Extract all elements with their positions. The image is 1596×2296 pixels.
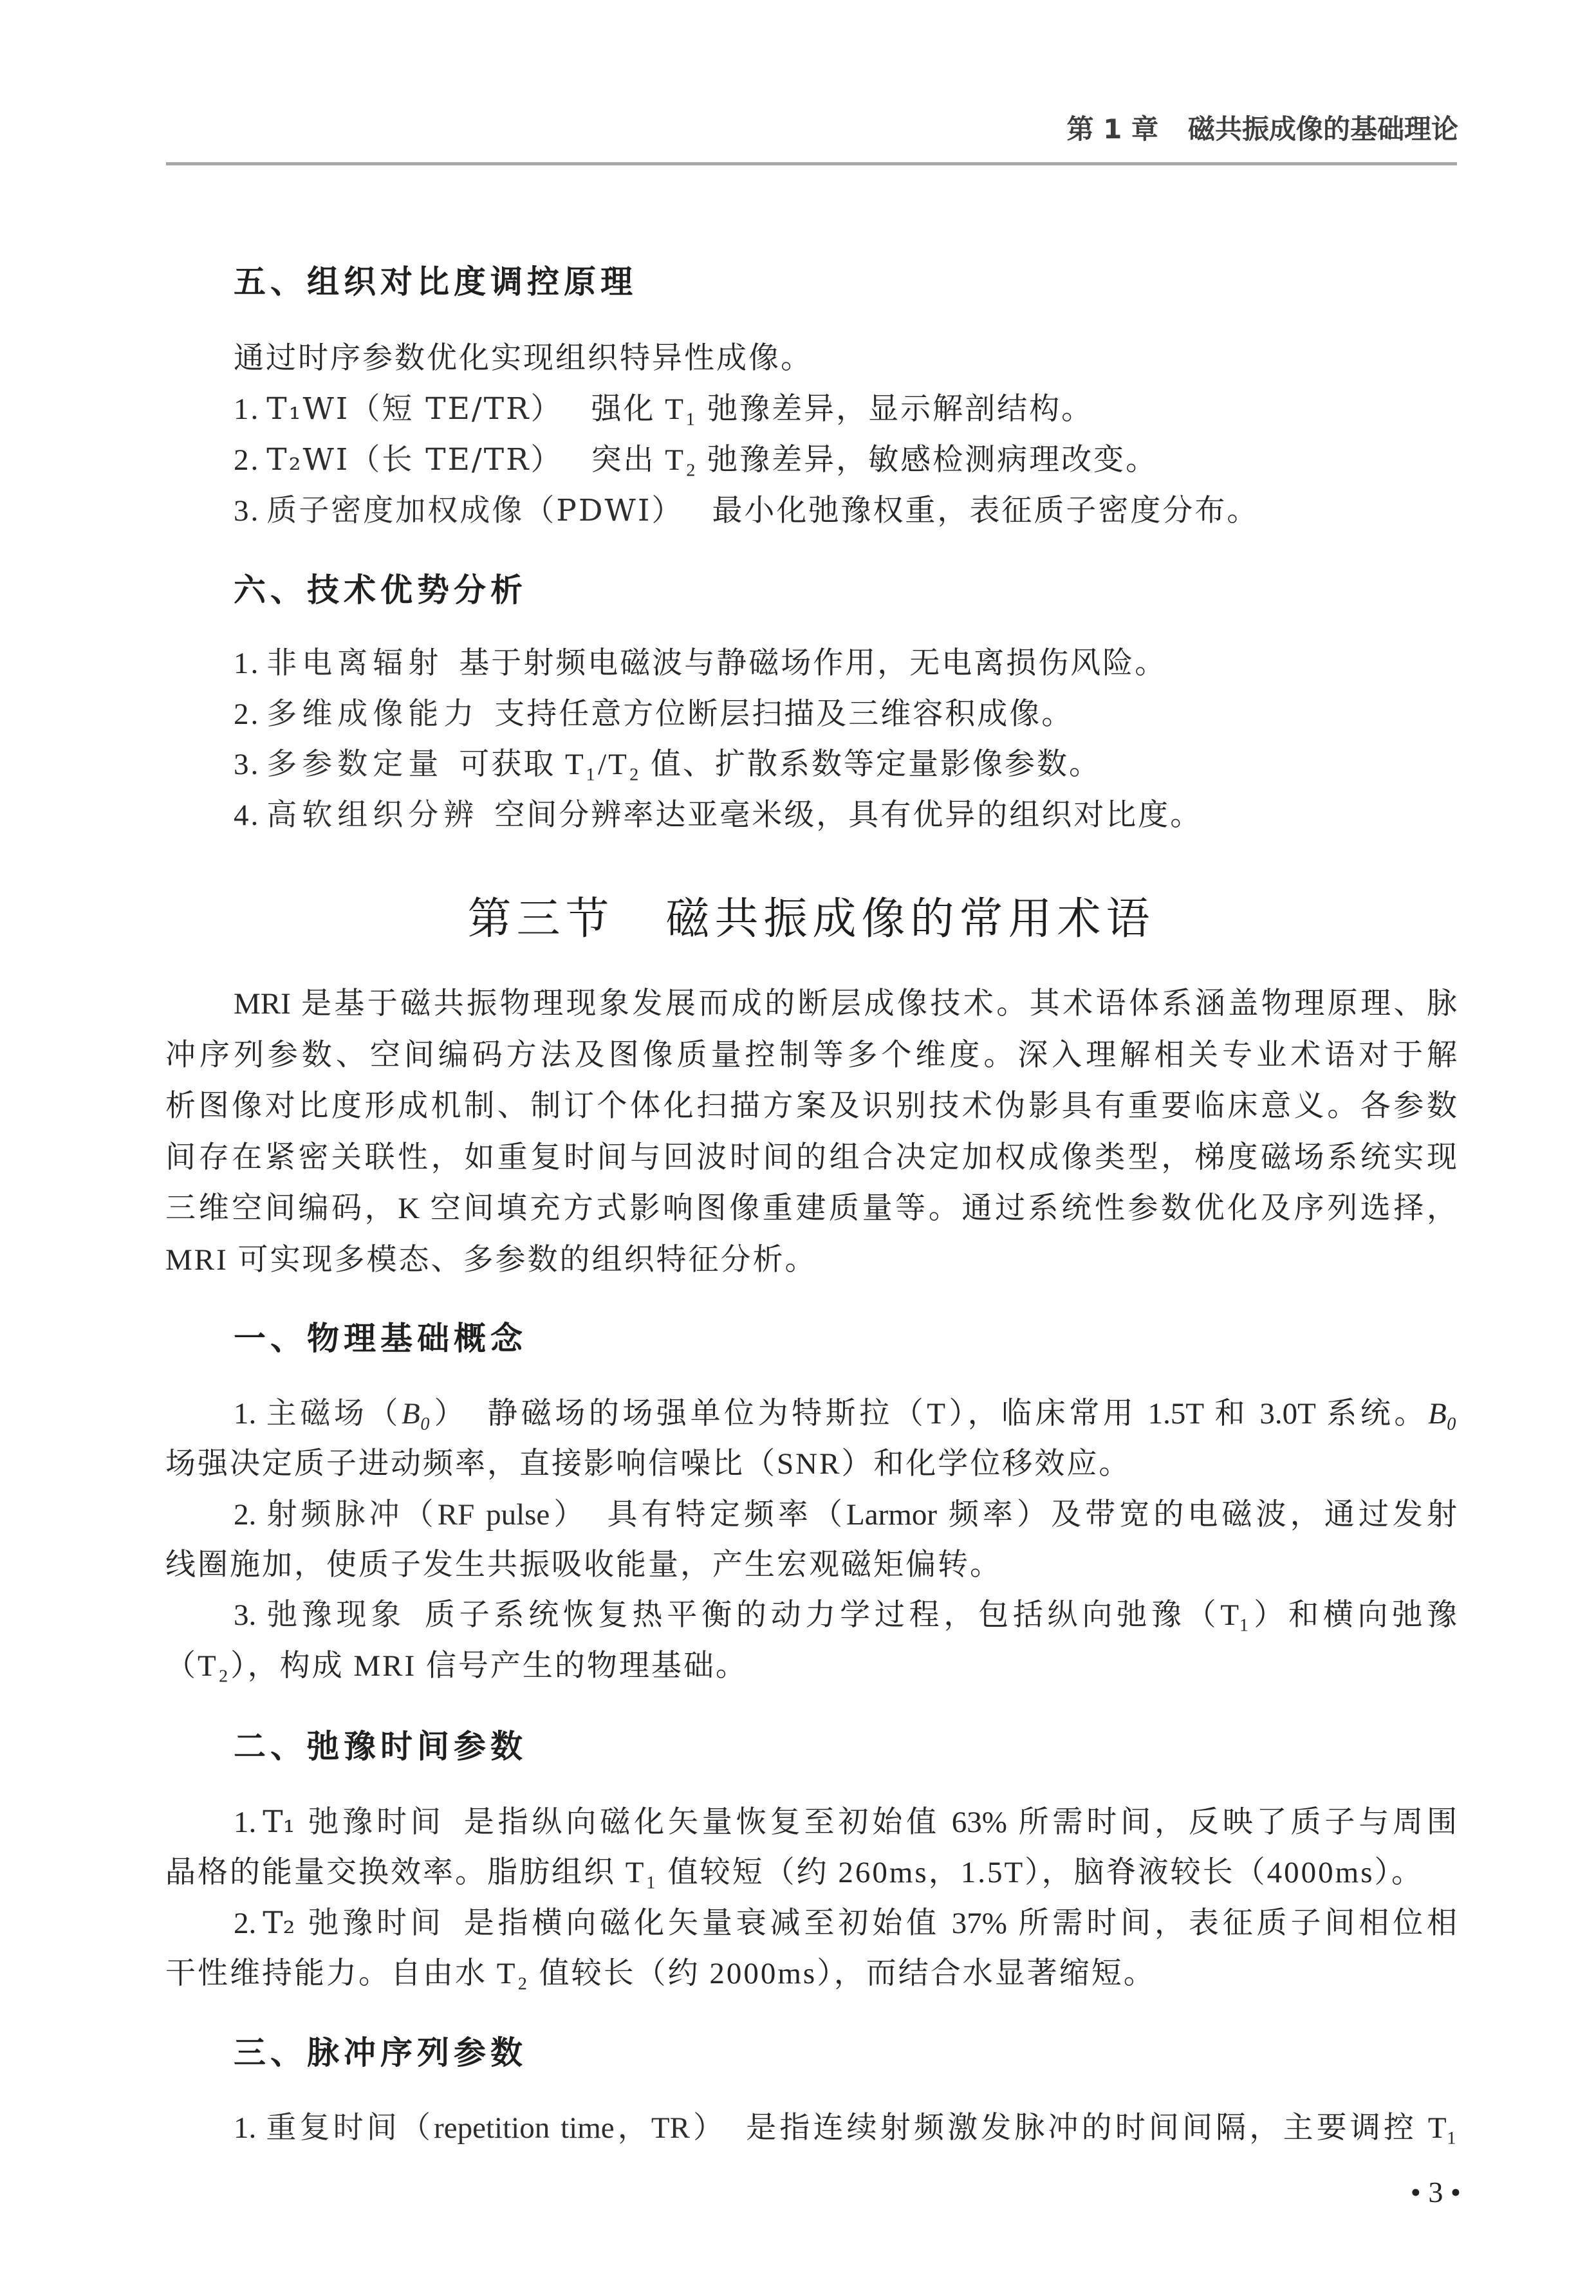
item-desc: 质子系统恢复热平衡的动力学过程，包括纵向弛豫（T₁）和横向弛豫	[425, 1598, 1457, 1632]
item-term: 多维成像能力	[266, 696, 479, 732]
item-term: T₂WI（长 TE/TR）	[266, 442, 562, 477]
term-text: 主磁场（	[263, 1396, 402, 1431]
item-desc: 最小化弛豫权重，表征质子密度分布。	[712, 494, 1259, 528]
item-term: T₁WI（短 TE/TR）	[266, 391, 562, 427]
item-number: 3.	[234, 748, 260, 781]
paragraph-line: MRI 是基于磁共振物理现象发展而成的断层成像技术。其术语体系涵盖物理原理、脉	[234, 983, 1457, 1024]
list-item: 1.非电离辐射基于射频电磁波与静磁场作用，无电离损伤风险。	[234, 643, 1457, 684]
paragraph-line: 晶格的能量交换效率。脂肪组织 T₁ 值较短（约 260ms，1.5T），脑脊液较…	[165, 1852, 1457, 1893]
item-desc: 是指连续射频激发脉冲的时间间隔，主要调控 T₁	[746, 2111, 1457, 2145]
list-item: 2.多维成像能力支持任意方位断层扫描及三维容积成像。	[234, 694, 1457, 735]
running-head: 第 1 章磁共振成像的基础理论	[1067, 111, 1458, 147]
item-term: 非电离辐射	[266, 645, 443, 681]
list-item: 3.弛豫现象质子系统恢复热平衡的动力学过程，包括纵向弛豫（T₁）和横向弛豫	[234, 1595, 1457, 1636]
section-title-text: 磁共振成像的常用术语	[666, 894, 1155, 945]
list-item: 3.质子密度加权成像（PDWI）最小化弛豫权重，表征质子密度分布。	[234, 490, 1457, 532]
list-item: 1.重复时间（repetition time，TR）是指连续射频激发脉冲的时间间…	[234, 2107, 1457, 2149]
item-number: 3.	[234, 494, 260, 528]
list-item: 1.T₁WI（短 TE/TR）强化 T₁ 弛豫差异，显示解剖结构。	[234, 389, 1457, 430]
item-desc: 突出 T₂ 弛豫差异，敏感检测病理改变。	[591, 443, 1158, 477]
term-symbol: B₀	[402, 1397, 431, 1430]
item-desc: 空间分辨率达亚毫米级，具有优异的组织对比度。	[494, 799, 1202, 832]
term-paren: （RF pulse）	[404, 1498, 588, 1532]
paragraph-line: 场强决定质子进动频率，直接影响信噪比（SNR）和化学位移效应。	[165, 1443, 1457, 1485]
page-number: • 3 •	[1411, 2172, 1461, 2213]
section-heading: 一、物理基础概念	[234, 1318, 527, 1359]
term-paren: （repetition time，TR）	[400, 2111, 727, 2145]
section-heading: 三、脉冲序列参数	[234, 2032, 527, 2073]
paragraph-line: 冲序列参数、空间编码方法及图像质量控制等多个维度。深入理解相关专业术语对于解	[165, 1035, 1457, 1076]
list-item: 4.高软组织分辨空间分辨率达亚毫米级，具有优异的组织对比度。	[234, 795, 1457, 836]
item-desc: 基于射频电磁波与静磁场作用，无电离损伤风险。	[459, 647, 1167, 680]
section-heading: 二、弛豫时间参数	[234, 1726, 527, 1767]
item-number: 2.	[234, 698, 260, 731]
header-rule	[166, 162, 1457, 165]
paragraph-line: 析图像对比度形成机制、制订个体化扫描方案及识别技术伪影具有重要临床意义。各参数	[165, 1086, 1457, 1127]
item-term: T₁ 弛豫时间	[263, 1804, 445, 1840]
section-label: 第三节	[467, 894, 614, 945]
item-term: T₂ 弛豫时间	[263, 1905, 445, 1941]
item-term: 重复时间（repetition time，TR）	[263, 2110, 727, 2145]
item-term: 射频脉冲（RF pulse）	[263, 1497, 588, 1532]
item-desc: 是指横向磁化矢量衰减至初始值 37% 所需时间，表征质子间相位相	[464, 1907, 1457, 1940]
list-item: 2.T₂ 弛豫时间是指横向磁化矢量衰减至初始值 37% 所需时间，表征质子间相位…	[234, 1903, 1457, 1944]
term-text: 射频脉冲	[263, 1497, 403, 1532]
paragraph-line: 间存在紧密关联性，如重复时间与回波时间的组合决定加权成像类型，梯度磁场系统实现	[165, 1137, 1457, 1178]
item-desc: 可获取 T₁/T₂ 值、扩散系数等定量影像参数。	[459, 748, 1101, 781]
item-desc: 是指纵向磁化矢量恢复至初始值 63% 所需时间，反映了质子与周围	[464, 1806, 1457, 1839]
item-number: 4.	[234, 799, 260, 832]
item-term: 质子密度加权成像（PDWI）	[266, 493, 683, 528]
term-text: 重复时间	[263, 2110, 400, 2145]
item-number: 2.	[234, 1498, 256, 1532]
section-heading: 五、组织对比度调控原理	[234, 261, 637, 302]
item-desc: 支持任意方位断层扫描及三维容积成像。	[494, 698, 1073, 731]
item-number: 2.	[234, 443, 260, 477]
item-number: 3.	[234, 1598, 256, 1632]
item-number: 1.	[234, 647, 260, 680]
paragraph-line: MRI 可实现多模态、多参数的组织特征分析。	[165, 1239, 1457, 1281]
item-term: 多参数定量	[266, 746, 443, 782]
item-desc: 静磁场的场强单位为特斯拉（T），临床常用 1.5T 和 3.0T 系统。	[487, 1397, 1428, 1430]
paragraph-line: 干性维持能力。自由水 T₂ 值较长（约 2000ms），而结合水显著缩短。	[165, 1953, 1457, 1994]
item-desc-symbol: B₀	[1428, 1397, 1457, 1430]
section-title: 第三节磁共振成像的常用术语	[165, 891, 1457, 949]
list-item: 3.多参数定量可获取 T₁/T₂ 值、扩散系数等定量影像参数。	[234, 744, 1457, 785]
term-close: ）	[431, 1396, 468, 1431]
item-desc: 强化 T₁ 弛豫差异，显示解剖结构。	[591, 393, 1093, 426]
list-item: 2.射频脉冲（RF pulse）具有特定频率（Larmor 频率）及带宽的电磁波…	[234, 1494, 1457, 1535]
item-desc: 具有特定频率（Larmor 频率）及带宽的电磁波，通过发射	[607, 1498, 1457, 1532]
item-term: 主磁场（B₀）	[263, 1396, 468, 1431]
item-number: 1.	[234, 393, 260, 426]
paragraph-line: 通过时序参数优化实现组织特异性成像。	[234, 338, 1457, 379]
chapter-title: 磁共振成像的基础理论	[1188, 113, 1458, 145]
paragraph-line: 三维空间编码，K 空间填充方式影响图像重建质量等。通过系统性参数优化及序列选择，	[165, 1188, 1457, 1229]
chapter-number: 第 1 章	[1067, 113, 1158, 145]
list-item: 1.主磁场（B₀）静磁场的场强单位为特斯拉（T），临床常用 1.5T 和 3.0…	[234, 1393, 1457, 1434]
item-number: 1.	[234, 2111, 256, 2145]
item-term: 弛豫现象	[263, 1597, 405, 1633]
item-number: 1.	[234, 1397, 256, 1430]
book-page: 第 1 章磁共振成像的基础理论 五、组织对比度调控原理 通过时序参数优化实现组织…	[0, 0, 1596, 2296]
paragraph-line: 线圈施加，使质子发生共振吸收能量，产生宏观磁矩偏转。	[165, 1544, 1457, 1586]
list-item: 1.T₁ 弛豫时间是指纵向磁化矢量恢复至初始值 63% 所需时间，反映了质子与周…	[234, 1802, 1457, 1843]
item-term: 高软组织分辨	[266, 797, 479, 833]
item-number: 2.	[234, 1907, 256, 1940]
list-item: 2.T₂WI（长 TE/TR）突出 T₂ 弛豫差异，敏感检测病理改变。	[234, 440, 1457, 481]
paragraph-line: （T₂），构成 MRI 信号产生的物理基础。	[165, 1645, 1457, 1687]
item-number: 1.	[234, 1806, 256, 1839]
section-heading: 六、技术优势分析	[234, 569, 527, 611]
